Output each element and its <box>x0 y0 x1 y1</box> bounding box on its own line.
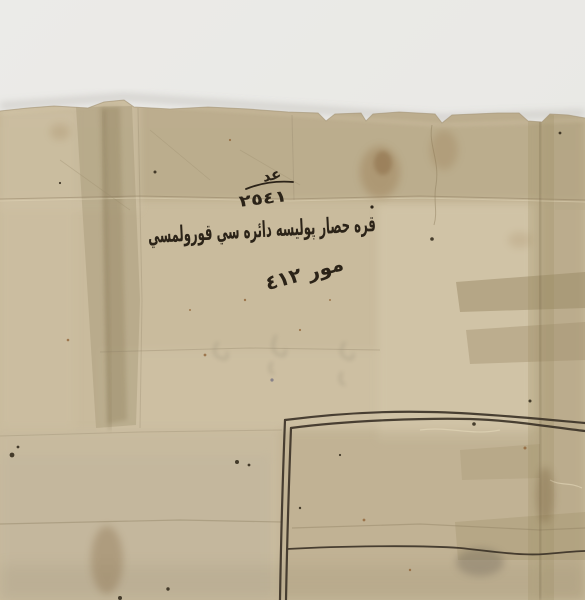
crease-vertical-right <box>540 115 541 600</box>
ink-mark-line1-start <box>370 205 373 208</box>
document-paper: عد ٢٥٤١ قره حصار پوليسه دائره سي قورولمس… <box>0 95 585 600</box>
stain-right-crease <box>536 467 554 523</box>
photo-of-ottoman-document: عد ٢٥٤١ قره حصار پوليسه دائره سي قورولمس… <box>0 0 585 600</box>
stain-bottom-left-crease <box>91 526 123 594</box>
blue-ink-dot <box>270 378 273 381</box>
